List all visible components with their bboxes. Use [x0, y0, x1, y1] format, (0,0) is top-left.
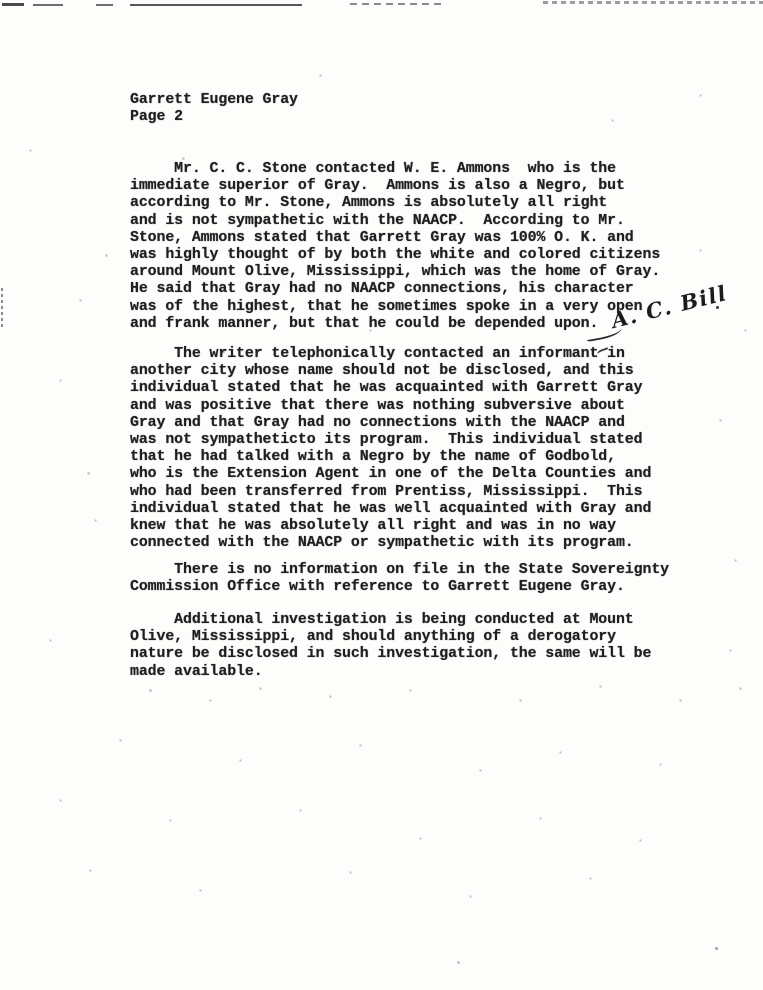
document-line: immediate superior of Gray. Ammons is al…	[130, 178, 660, 195]
scan-artifact-line	[33, 4, 63, 6]
document-line: individual stated that he was well acqua…	[130, 501, 651, 518]
scan-artifact-dashdot-line	[350, 3, 446, 5]
document-line: Stone, Ammons stated that Garrett Gray w…	[130, 230, 660, 247]
document-line: connected with the NAACP or sympathetic …	[130, 535, 651, 552]
document-header: Garrett Eugene Gray Page 2	[130, 92, 298, 126]
document-line: and is not sympathetic with the NAACP. A…	[130, 213, 660, 230]
document-line: another city whose name should not be di…	[130, 363, 651, 380]
document-line: knew that he was absolutely all right an…	[130, 518, 651, 535]
scanned-document-page: Garrett Eugene Gray Page 2 Mr. C. C. Sto…	[0, 0, 763, 990]
scan-artifact-line	[2, 3, 24, 6]
document-line: was of the highest, that he sometimes sp…	[130, 299, 660, 316]
document-line: was not sympatheticto its program. This …	[130, 432, 651, 449]
scan-artifact-line	[96, 4, 113, 6]
document-line: Commission Office with reference to Garr…	[130, 579, 669, 596]
document-line: and was positive that there was nothing …	[130, 398, 651, 415]
scan-artifact-dotted-edge	[1, 288, 3, 328]
document-line: There is no information on file in the S…	[130, 562, 669, 579]
document-line: The writer telephonically contacted an i…	[130, 346, 651, 363]
document-line: who had been transferred from Prentiss, …	[130, 484, 651, 501]
document-line: was highly thought of by both the white …	[130, 247, 660, 264]
paragraph: Additional investigation is being conduc…	[130, 612, 651, 681]
document-line: Olive, Mississippi, and should anything …	[130, 629, 651, 646]
document-line: nature be disclosed in such investigatio…	[130, 646, 651, 663]
document-line: Additional investigation is being conduc…	[130, 612, 651, 629]
subject-name: Garrett Eugene Gray	[130, 92, 298, 109]
paragraph: The writer telephonically contacted an i…	[130, 346, 651, 552]
paragraph: There is no information on file in the S…	[130, 562, 669, 596]
scan-noise-speckles	[0, 0, 1, 1]
document-line: He said that Gray had no NAACP connectio…	[130, 281, 660, 298]
document-line: individual stated that he was acquainted…	[130, 380, 651, 397]
document-line: made available.	[130, 664, 651, 681]
page-number: Page 2	[130, 109, 298, 126]
paragraph: Mr. C. C. Stone contacted W. E. Ammons w…	[130, 161, 660, 333]
document-line: around Mount Olive, Mississippi, which w…	[130, 264, 660, 281]
document-line: according to Mr. Stone, Ammons is absolu…	[130, 195, 660, 212]
document-line: who is the Extension Agent in one of the…	[130, 466, 651, 483]
scan-artifact-line	[130, 4, 302, 6]
document-line: that he had talked with a Negro by the n…	[130, 449, 651, 466]
document-line: Gray and that Gray had no connections wi…	[130, 415, 651, 432]
scan-artifact-dashed-line	[543, 1, 763, 4]
handwriting-dot	[716, 306, 719, 309]
document-line: and frank manner, but that he could be d…	[130, 316, 660, 333]
document-line: Mr. C. C. Stone contacted W. E. Ammons w…	[130, 161, 660, 178]
